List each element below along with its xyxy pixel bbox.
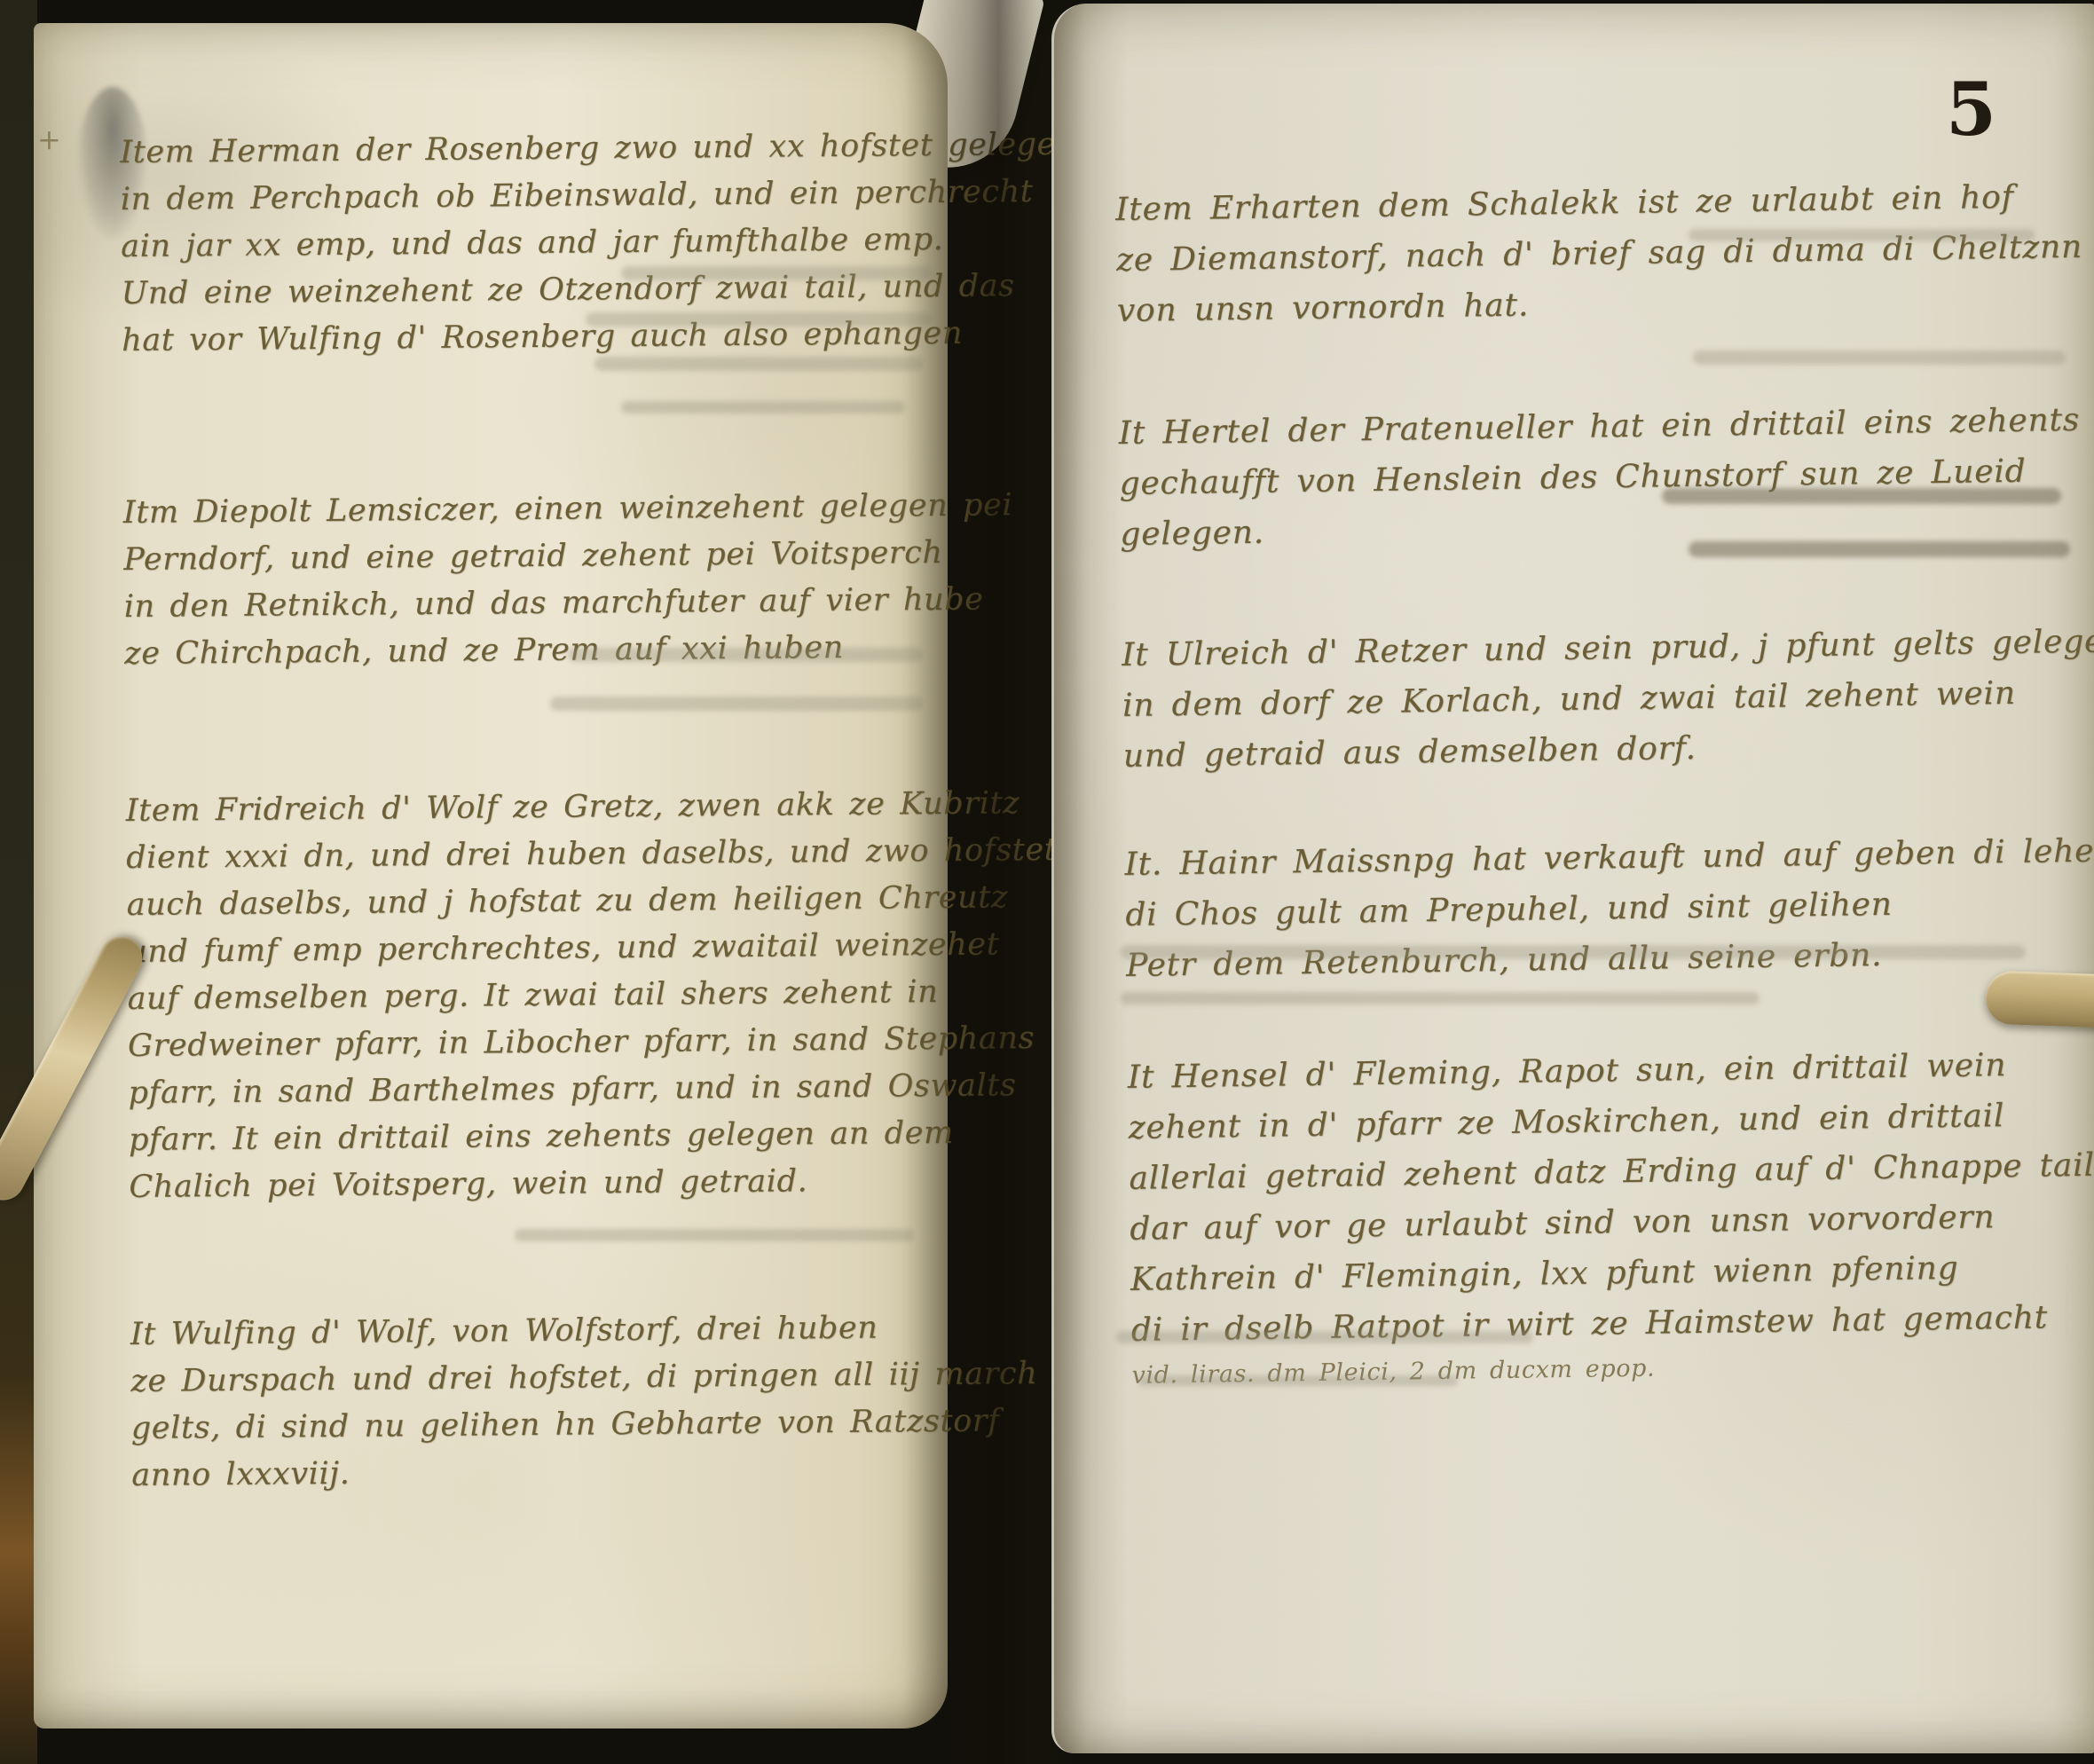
showthrough-ghost-line xyxy=(621,401,905,413)
manuscript-paragraph: Item Fridreich d' Wolf ze Gretz, zwen ak… xyxy=(126,780,1060,1211)
showthrough-ghost-line xyxy=(550,697,923,711)
manuscript-line: Itm Diepolt Lemsiczer, einen weinzehent … xyxy=(123,482,1013,537)
bone-page-marker-right xyxy=(1985,971,2094,1028)
showthrough-ghost-line xyxy=(1689,541,2070,557)
showthrough-ghost-line xyxy=(568,648,923,662)
left-text-block: Item Herman der Rosenberg zwo und xx hof… xyxy=(119,16,944,23)
manuscript-line: in dem Perchpach ob Eibeinswald, und ein… xyxy=(121,169,1057,224)
showthrough-ghost-line xyxy=(586,312,932,327)
showthrough-ghost-line xyxy=(1121,945,2026,959)
manuscript-line: auch daselbs, und j hofstat zu dem heili… xyxy=(126,874,1058,929)
showthrough-ghost-line xyxy=(1689,229,2035,241)
manuscript-line: ain jar xx emp, und das and jar fumfthal… xyxy=(121,216,1057,271)
left-page: + Item Herman der Rosenberg zwo und xx h… xyxy=(34,23,948,1729)
showthrough-ghost-line xyxy=(1121,992,1759,1004)
showthrough-ghost-line xyxy=(515,1229,914,1241)
showthrough-ghost-line xyxy=(1693,350,2066,365)
right-text-block: Item Erharten dem Schalekk ist ze urlaub… xyxy=(1113,0,2089,4)
showthrough-ghost-line xyxy=(594,357,923,371)
book-cover-edge xyxy=(0,0,37,1764)
page-number: 5 xyxy=(1946,67,1996,153)
manuscript-paragraph: It Wulfing d' Wolf, von Wolfstorf, drei … xyxy=(130,1303,1039,1500)
manuscript-line: in den Retnikch, und das marchfuter auf … xyxy=(124,576,1014,631)
margin-cross-mark: + xyxy=(37,122,61,156)
manuscript-line: ze Durspach und drei hofstet, di pringen… xyxy=(130,1351,1037,1406)
showthrough-ghost-line xyxy=(1662,488,2061,504)
manuscript-line: It Wulfing d' Wolf, von Wolfstorf, drei … xyxy=(130,1303,1037,1358)
manuscript-line: Item Herman der Rosenberg zwo und xx hof… xyxy=(120,122,1056,177)
manuscript-paragraph: It. Hainr Maissnpg hat verkauft und auf … xyxy=(1124,825,2094,991)
right-page: 5 Item Erharten dem Schalekk ist ze urla… xyxy=(1051,4,2094,1753)
manuscript-line: Perndorf, und eine getraid zehent pei Vo… xyxy=(123,529,1013,584)
manuscript-photo: + Item Herman der Rosenberg zwo und xx h… xyxy=(0,0,2094,1764)
showthrough-ghost-line xyxy=(1116,1331,1533,1343)
manuscript-line: und fumf emp perchrechtes, und zwaitail … xyxy=(127,921,1059,976)
manuscript-paragraph: It Hertel der Pratenueller hat ein dritt… xyxy=(1118,395,2082,560)
showthrough-ghost-line xyxy=(621,266,932,280)
manuscript-paragraph: Item Herman der Rosenberg zwo und xx hof… xyxy=(120,122,1058,365)
manuscript-line: Item Fridreich d' Wolf ze Gretz, zwen ak… xyxy=(126,780,1058,835)
manuscript-line: auf demselben perg. It zwai tail shers z… xyxy=(127,968,1059,1023)
manuscript-paragraph: It Ulreich d' Retzer und sein prud, j pf… xyxy=(1122,616,2094,781)
manuscript-line: Chalich pei Voitsperg, wein und getraid. xyxy=(129,1156,1060,1211)
showthrough-ghost-line xyxy=(1138,1375,1458,1386)
manuscript-line: anno lxxxviij. xyxy=(131,1445,1038,1500)
manuscript-line: pfarr. It ein drittail eins zehents gele… xyxy=(129,1109,1060,1164)
manuscript-line: Gredweiner pfarr, in Libocher pfarr, in … xyxy=(128,1015,1059,1070)
manuscript-line: pfarr, in sand Barthelmes pfarr, und in … xyxy=(128,1062,1059,1117)
manuscript-line: dient xxxi dn, und drei huben daselbs, u… xyxy=(126,827,1058,882)
manuscript-paragraph: Item Erharten dem Schalekk ist ze urlaub… xyxy=(1115,171,2083,336)
manuscript-line: gelts, di sind nu gelihen hn Gebharte vo… xyxy=(131,1398,1038,1453)
